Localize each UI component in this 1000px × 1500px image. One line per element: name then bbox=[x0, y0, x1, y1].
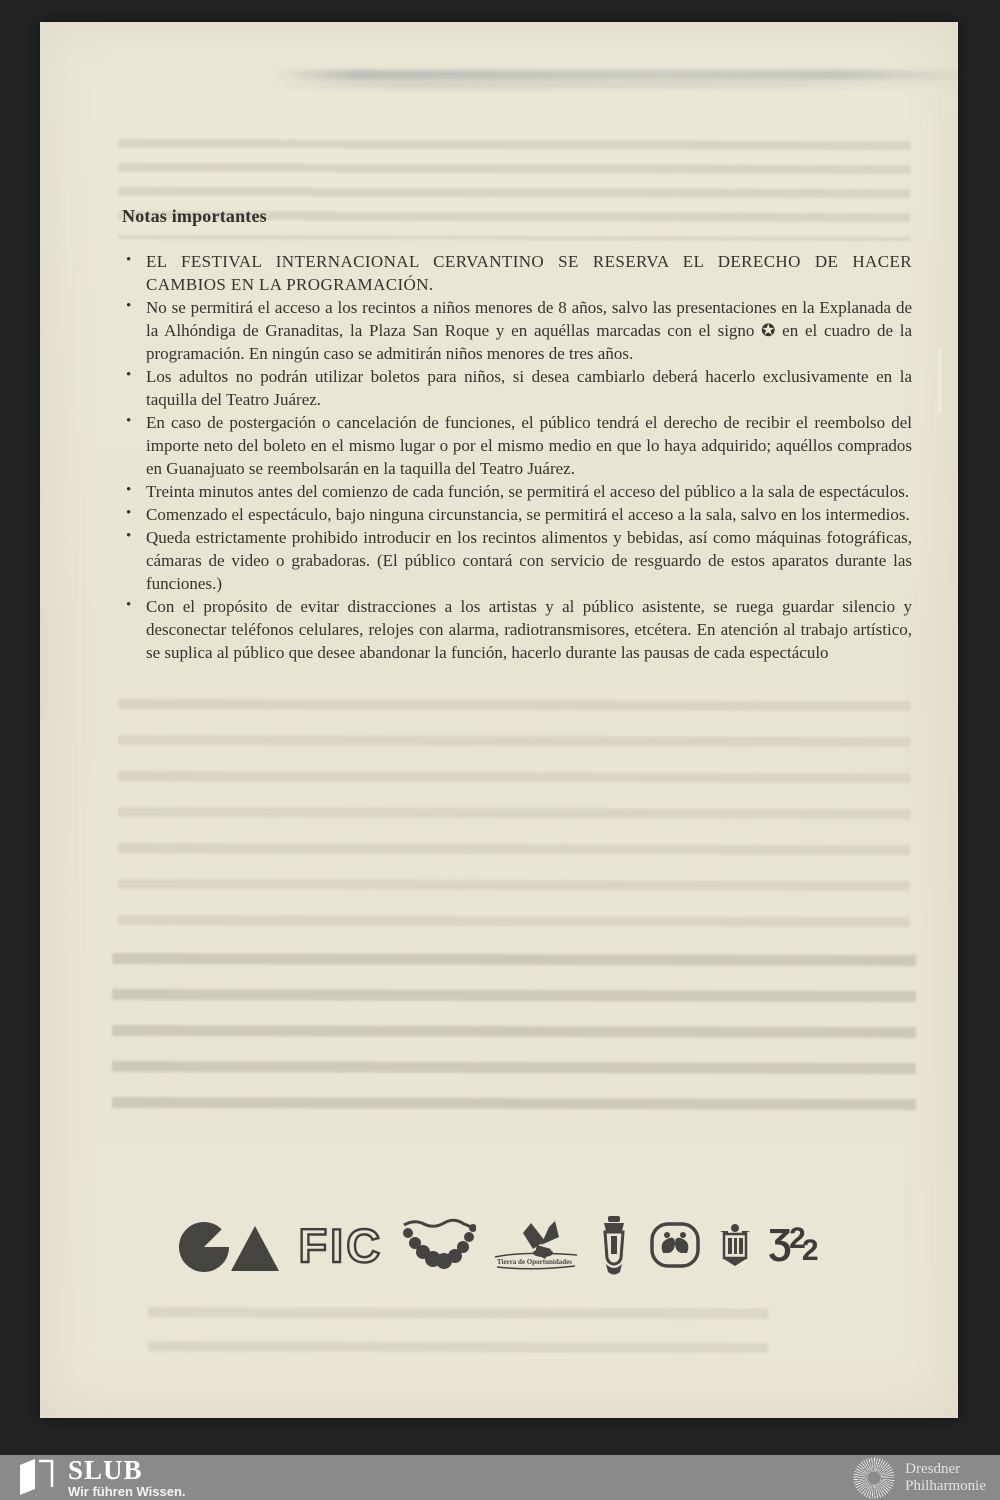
canal-22-glyph: Ʒ bbox=[769, 1224, 792, 1260]
fic-logo: FIC bbox=[298, 1222, 383, 1269]
bullet-marker-icon: • bbox=[126, 502, 131, 525]
bullet-marker-icon: • bbox=[126, 594, 131, 617]
bullet-marker-icon: • bbox=[126, 410, 131, 433]
note-bullet: •EL FESTIVAL INTERNACIONAL CERVANTINO SE… bbox=[122, 250, 912, 296]
bullet-marker-icon: • bbox=[126, 525, 131, 548]
paper-scratch bbox=[938, 348, 941, 414]
bullet-marker-icon: • bbox=[126, 364, 131, 387]
tierra-de-oportunidades-logo: Tierra de Oportunidades bbox=[493, 1219, 579, 1271]
note-bullet: •En caso de postergación o cancelación d… bbox=[122, 411, 912, 480]
bleedthrough-text-block bbox=[112, 953, 916, 1119]
coat-of-arms-icon bbox=[718, 1223, 752, 1267]
note-bullet: •Treinta minutos antes del comienzo de c… bbox=[122, 480, 912, 503]
canal-22-logo: Ʒ22 bbox=[769, 1224, 818, 1266]
scanned-page: Notas importantes •EL FESTIVAL INTERNACI… bbox=[40, 22, 958, 1418]
necklace-emblem-icon bbox=[400, 1217, 476, 1273]
bleedthrough-text-block bbox=[118, 699, 911, 953]
note-bullet: •Con el propósito de evitar distraccione… bbox=[122, 595, 912, 664]
slub-tagline: Wir führen Wissen. bbox=[68, 1484, 186, 1499]
library-footer-bar: SLUB Wir führen Wissen. Dresdner Philhar… bbox=[0, 1455, 1000, 1500]
conaculta-logo-icon bbox=[179, 1217, 281, 1273]
bullet-text: En caso de postergación o cancelación de… bbox=[146, 413, 912, 478]
svg-text:Tierra de Oportunidades: Tierra de Oportunidades bbox=[497, 1258, 572, 1266]
bullet-marker-icon: • bbox=[126, 295, 131, 318]
notes-list: •EL FESTIVAL INTERNACIONAL CERVANTINO SE… bbox=[122, 250, 912, 664]
note-bullet: •Comenzado el espectáculo, bajo ninguna … bbox=[122, 503, 912, 526]
bullet-text: Queda estrictamente prohibido introducir… bbox=[146, 528, 912, 593]
note-bullet: •No se permitirá el acceso a los recinto… bbox=[122, 296, 912, 365]
philharmonie-name: Dresdner Philharmonie bbox=[905, 1461, 986, 1495]
slub-book-icon bbox=[18, 1457, 54, 1495]
sunburst-icon bbox=[852, 1456, 896, 1500]
bullet-text: Treinta minutos antes del comienzo de ca… bbox=[146, 482, 909, 501]
bullet-text: EL FESTIVAL INTERNACIONAL CERVANTINO SE … bbox=[146, 252, 912, 294]
notes-heading: Notas importantes bbox=[122, 206, 267, 227]
dresdner-philharmonie-logo: Dresdner Philharmonie bbox=[852, 1456, 1000, 1500]
slub-logo: SLUB Wir führen Wissen. bbox=[0, 1457, 186, 1499]
bullet-text: No se permitirá el acceso a los recintos… bbox=[146, 298, 912, 363]
frog-emblem-icon bbox=[649, 1221, 701, 1269]
sponsor-logos-row: FIC Tierra de Oport bbox=[40, 1210, 958, 1280]
note-bullet: •Queda estrictamente prohibido introduci… bbox=[122, 526, 912, 595]
slub-name: SLUB bbox=[68, 1457, 186, 1483]
bleedthrough-smudge bbox=[270, 70, 982, 80]
bullet-marker-icon: • bbox=[126, 479, 131, 502]
bullet-text: Comenzado el espectáculo, bajo ninguna c… bbox=[146, 505, 910, 524]
city-crest-icon bbox=[596, 1214, 632, 1276]
note-bullet: •Los adultos no podrán utilizar boletos … bbox=[122, 365, 912, 411]
bleedthrough-text-block bbox=[148, 1307, 768, 1373]
bullet-text: Con el propósito de evitar distracciones… bbox=[146, 597, 912, 662]
bullet-text: Los adultos no podrán utilizar boletos p… bbox=[146, 367, 912, 409]
bullet-marker-icon: • bbox=[126, 249, 131, 272]
